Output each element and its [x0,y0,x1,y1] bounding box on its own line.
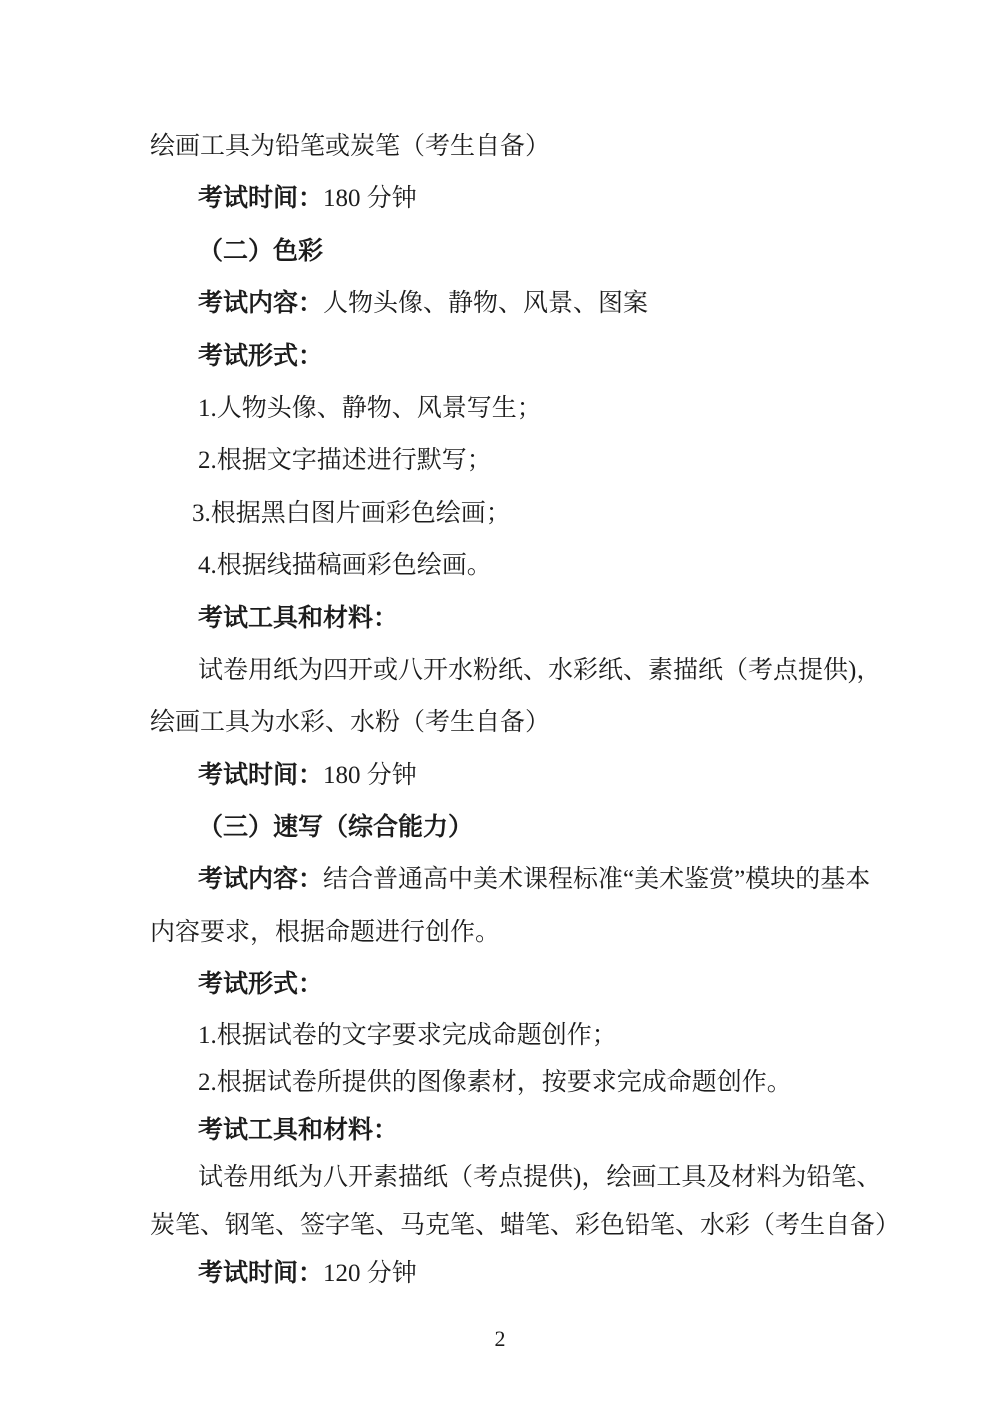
text-line: 炭笔、钢笔、签字笔、马克笔、蜡笔、彩色铅笔、水彩（考生自备） [150,1202,880,1250]
body-text: 3.根据黑白图片画彩色绘画； [192,500,511,527]
label-text: 考试内容： [198,290,323,317]
label-text: 考试工具和材料： [198,605,398,632]
label-text: 考试形式： [198,343,323,370]
document-page: 绘画工具为铅笔或炭笔（考生自备）考试时间：180 分钟（二）色彩考试内容：人物头… [0,0,1000,1414]
document-body: 绘画工具为铅笔或炭笔（考生自备）考试时间：180 分钟（二）色彩考试内容：人物头… [150,121,880,1297]
body-text: 2.根据试卷所提供的图像素材，按要求完成命题创作。 [198,1069,792,1096]
text-line: 考试工具和材料： [150,1107,880,1155]
body-text: 120 分钟 [323,1260,417,1287]
text-line: 考试内容：人物头像、静物、风景、图案 [150,278,880,330]
text-line: 内容要求，根据命题进行创作。 [150,907,880,959]
label-text: 考试工具和材料： [198,1117,398,1144]
body-text: 180 分钟 [323,185,417,212]
label-text: 考试内容： [198,866,323,893]
body-text: 4.根据线描稿画彩色绘画。 [198,552,492,579]
text-line: 考试工具和材料： [150,593,880,645]
text-line: 3.根据黑白图片画彩色绘画； [150,488,880,540]
body-text: 内容要求，根据命题进行创作。 [150,919,500,946]
text-line: 考试时间：180 分钟 [150,750,880,802]
body-text: 人物头像、静物、风景、图案 [323,290,648,317]
text-line: 绘画工具为水彩、水粉（考生自备） [150,697,880,749]
body-text: 1.人物头像、静物、风景写生； [198,395,542,422]
label-text: （三）速写（综合能力） [198,814,473,841]
label-text: 考试时间： [198,1260,323,1287]
page-number: 2 [0,1326,1000,1352]
label-text: 考试形式： [198,971,323,998]
text-line: 考试形式： [150,331,880,383]
text-line: 绘画工具为铅笔或炭笔（考生自备） [150,121,880,173]
text-line: 考试内容：结合普通高中美术课程标准“美术鉴赏”模块的基本 [150,854,880,906]
text-line: 1.人物头像、静物、风景写生； [150,383,880,435]
body-text: 绘画工具为铅笔或炭笔（考生自备） [150,133,550,160]
text-line: 试卷用纸为四开或八开水粉纸、水彩纸、素描纸（考点提供)， [150,645,880,697]
text-line: （三）速写（综合能力） [150,802,880,854]
body-text: 炭笔、钢笔、签字笔、马克笔、蜡笔、彩色铅笔、水彩（考生自备） [150,1212,900,1239]
text-line: 2.根据文字描述进行默写； [150,435,880,487]
label-text: （二）色彩 [198,238,323,265]
body-text: 试卷用纸为八开素描纸（考点提供)，绘画工具及材料为铅笔、 [198,1164,881,1191]
body-text: 绘画工具为水彩、水粉（考生自备） [150,709,550,736]
label-text: 考试时间： [198,185,323,212]
label-text: 考试时间： [198,762,323,789]
text-line: 考试形式： [150,959,880,1011]
text-line: 试卷用纸为八开素描纸（考点提供)，绘画工具及材料为铅笔、 [150,1154,880,1202]
body-text: 试卷用纸为四开或八开水粉纸、水彩纸、素描纸（考点提供)， [198,657,881,684]
text-line: 1.根据试卷的文字要求完成命题创作； [150,1012,880,1060]
body-text: 180 分钟 [323,762,417,789]
body-text: 2.根据文字描述进行默写； [198,447,492,474]
text-line: 4.根据线描稿画彩色绘画。 [150,540,880,592]
body-text: 1.根据试卷的文字要求完成命题创作； [198,1022,617,1049]
text-line: 2.根据试卷所提供的图像素材，按要求完成命题创作。 [150,1059,880,1107]
text-line: （二）色彩 [150,226,880,278]
body-text: 结合普通高中美术课程标准“美术鉴赏”模块的基本 [323,866,870,893]
text-line: 考试时间：180 分钟 [150,173,880,225]
text-line: 考试时间：120 分钟 [150,1250,880,1298]
